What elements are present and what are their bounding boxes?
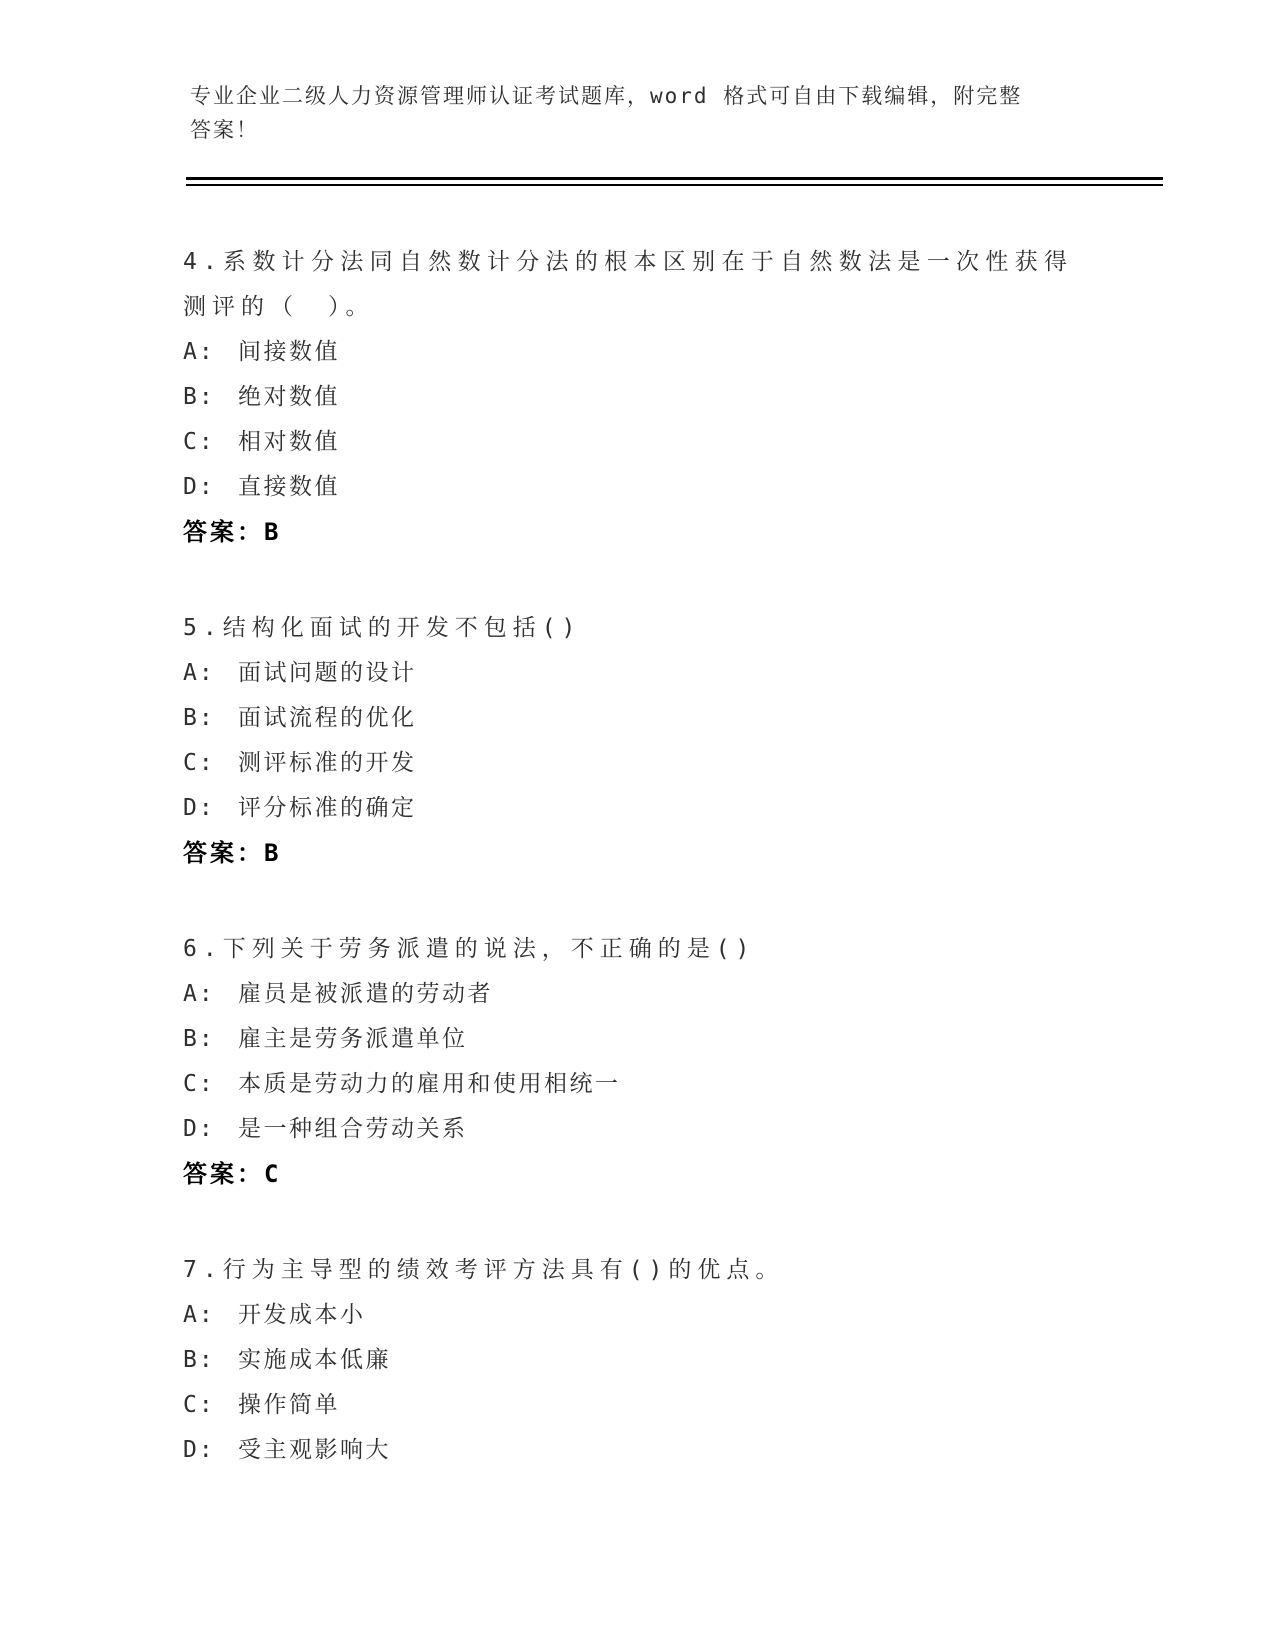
option-row: D: 直接数值 bbox=[183, 465, 1099, 510]
option-text: 直接数值 bbox=[238, 465, 340, 510]
option-label: A: bbox=[183, 651, 238, 696]
question-list: 4.系数计分法同自然数计分法的根本区别在于自然数法是一次性获得测评的（ ）。 A… bbox=[183, 240, 1099, 1473]
option-row: C: 操作简单 bbox=[183, 1383, 1099, 1428]
question-block: 6.下列关于劳务派遣的说法，不正确的是() A: 雇员是被派遣的劳动者 B: 雇… bbox=[183, 927, 1099, 1197]
option-text: 开发成本小 bbox=[238, 1293, 366, 1338]
option-label: C: bbox=[183, 1383, 238, 1428]
option-text: 本质是劳动力的雇用和使用相统一 bbox=[238, 1062, 621, 1107]
option-text: 面试问题的设计 bbox=[238, 651, 417, 696]
option-text: 间接数值 bbox=[238, 330, 340, 375]
answer-row: 答案：C bbox=[183, 1152, 1099, 1197]
option-label: B: bbox=[183, 375, 238, 420]
option-text: 评分标准的确定 bbox=[238, 786, 417, 831]
option-label: A: bbox=[183, 972, 238, 1017]
question-title: 5.结构化面试的开发不包括() bbox=[183, 606, 1073, 651]
option-row: C: 测评标准的开发 bbox=[183, 741, 1099, 786]
header-divider bbox=[186, 177, 1163, 186]
option-label: B: bbox=[183, 1338, 238, 1383]
option-label: C: bbox=[183, 1062, 238, 1107]
option-row: B: 面试流程的优化 bbox=[183, 696, 1099, 741]
option-text: 相对数值 bbox=[238, 420, 340, 465]
answer-value: B bbox=[264, 839, 281, 867]
option-text: 雇主是劳务派遣单位 bbox=[238, 1017, 468, 1062]
option-label: B: bbox=[183, 696, 238, 741]
option-list: A: 间接数值 B: 绝对数值 C: 相对数值 D: 直接数值 bbox=[183, 330, 1099, 510]
document-page: 专业企业二级人力资源管理师认证考试题库，word 格式可自由下载编辑，附完整 答… bbox=[0, 0, 1275, 1650]
answer-label: 答案： bbox=[183, 518, 264, 546]
header-line-2: 答案！ bbox=[190, 113, 1170, 147]
option-row: B: 实施成本低廉 bbox=[183, 1338, 1099, 1383]
option-row: A: 面试问题的设计 bbox=[183, 651, 1099, 696]
option-row: A: 雇员是被派遣的劳动者 bbox=[183, 972, 1099, 1017]
option-label: A: bbox=[183, 330, 238, 375]
question-block: 4.系数计分法同自然数计分法的根本区别在于自然数法是一次性获得测评的（ ）。 A… bbox=[183, 240, 1099, 555]
option-row: A: 间接数值 bbox=[183, 330, 1099, 375]
question-title: 7.行为主导型的绩效考评方法具有()的优点。 bbox=[183, 1248, 1073, 1293]
option-text: 是一种组合劳动关系 bbox=[238, 1107, 468, 1152]
option-row: A: 开发成本小 bbox=[183, 1293, 1099, 1338]
option-text: 测评标准的开发 bbox=[238, 741, 417, 786]
option-text: 雇员是被派遣的劳动者 bbox=[238, 972, 493, 1017]
question-block: 7.行为主导型的绩效考评方法具有()的优点。 A: 开发成本小 B: 实施成本低… bbox=[183, 1248, 1099, 1473]
option-label: D: bbox=[183, 1428, 238, 1473]
question-block: 5.结构化面试的开发不包括() A: 面试问题的设计 B: 面试流程的优化 C:… bbox=[183, 606, 1099, 876]
answer-row: 答案：B bbox=[183, 831, 1099, 876]
question-title: 6.下列关于劳务派遣的说法，不正确的是() bbox=[183, 927, 1073, 972]
option-row: B: 雇主是劳务派遣单位 bbox=[183, 1017, 1099, 1062]
option-text: 面试流程的优化 bbox=[238, 696, 417, 741]
option-label: A: bbox=[183, 1293, 238, 1338]
option-text: 实施成本低廉 bbox=[238, 1338, 391, 1383]
option-row: D: 评分标准的确定 bbox=[183, 786, 1099, 831]
option-row: D: 受主观影响大 bbox=[183, 1428, 1099, 1473]
option-label: C: bbox=[183, 741, 238, 786]
question-title: 4.系数计分法同自然数计分法的根本区别在于自然数法是一次性获得测评的（ ）。 bbox=[183, 240, 1073, 330]
header-line-1: 专业企业二级人力资源管理师认证考试题库，word 格式可自由下载编辑，附完整 bbox=[190, 79, 1170, 113]
option-list: A: 雇员是被派遣的劳动者 B: 雇主是劳务派遣单位 C: 本质是劳动力的雇用和… bbox=[183, 972, 1099, 1152]
answer-value: B bbox=[264, 518, 281, 546]
answer-row: 答案：B bbox=[183, 510, 1099, 555]
answer-label: 答案： bbox=[183, 1160, 264, 1188]
answer-label: 答案： bbox=[183, 839, 264, 867]
option-row: B: 绝对数值 bbox=[183, 375, 1099, 420]
answer-value: C bbox=[264, 1160, 281, 1188]
option-text: 受主观影响大 bbox=[238, 1428, 391, 1473]
option-row: C: 本质是劳动力的雇用和使用相统一 bbox=[183, 1062, 1099, 1107]
option-label: B: bbox=[183, 1017, 238, 1062]
option-row: D: 是一种组合劳动关系 bbox=[183, 1107, 1099, 1152]
option-label: C: bbox=[183, 420, 238, 465]
option-text: 操作简单 bbox=[238, 1383, 340, 1428]
option-label: D: bbox=[183, 1107, 238, 1152]
option-text: 绝对数值 bbox=[238, 375, 340, 420]
option-row: C: 相对数值 bbox=[183, 420, 1099, 465]
page-header: 专业企业二级人力资源管理师认证考试题库，word 格式可自由下载编辑，附完整 答… bbox=[190, 79, 1170, 147]
option-label: D: bbox=[183, 786, 238, 831]
option-list: A: 面试问题的设计 B: 面试流程的优化 C: 测评标准的开发 D: 评分标准… bbox=[183, 651, 1099, 831]
option-label: D: bbox=[183, 465, 238, 510]
option-list: A: 开发成本小 B: 实施成本低廉 C: 操作简单 D: 受主观影响大 bbox=[183, 1293, 1099, 1473]
